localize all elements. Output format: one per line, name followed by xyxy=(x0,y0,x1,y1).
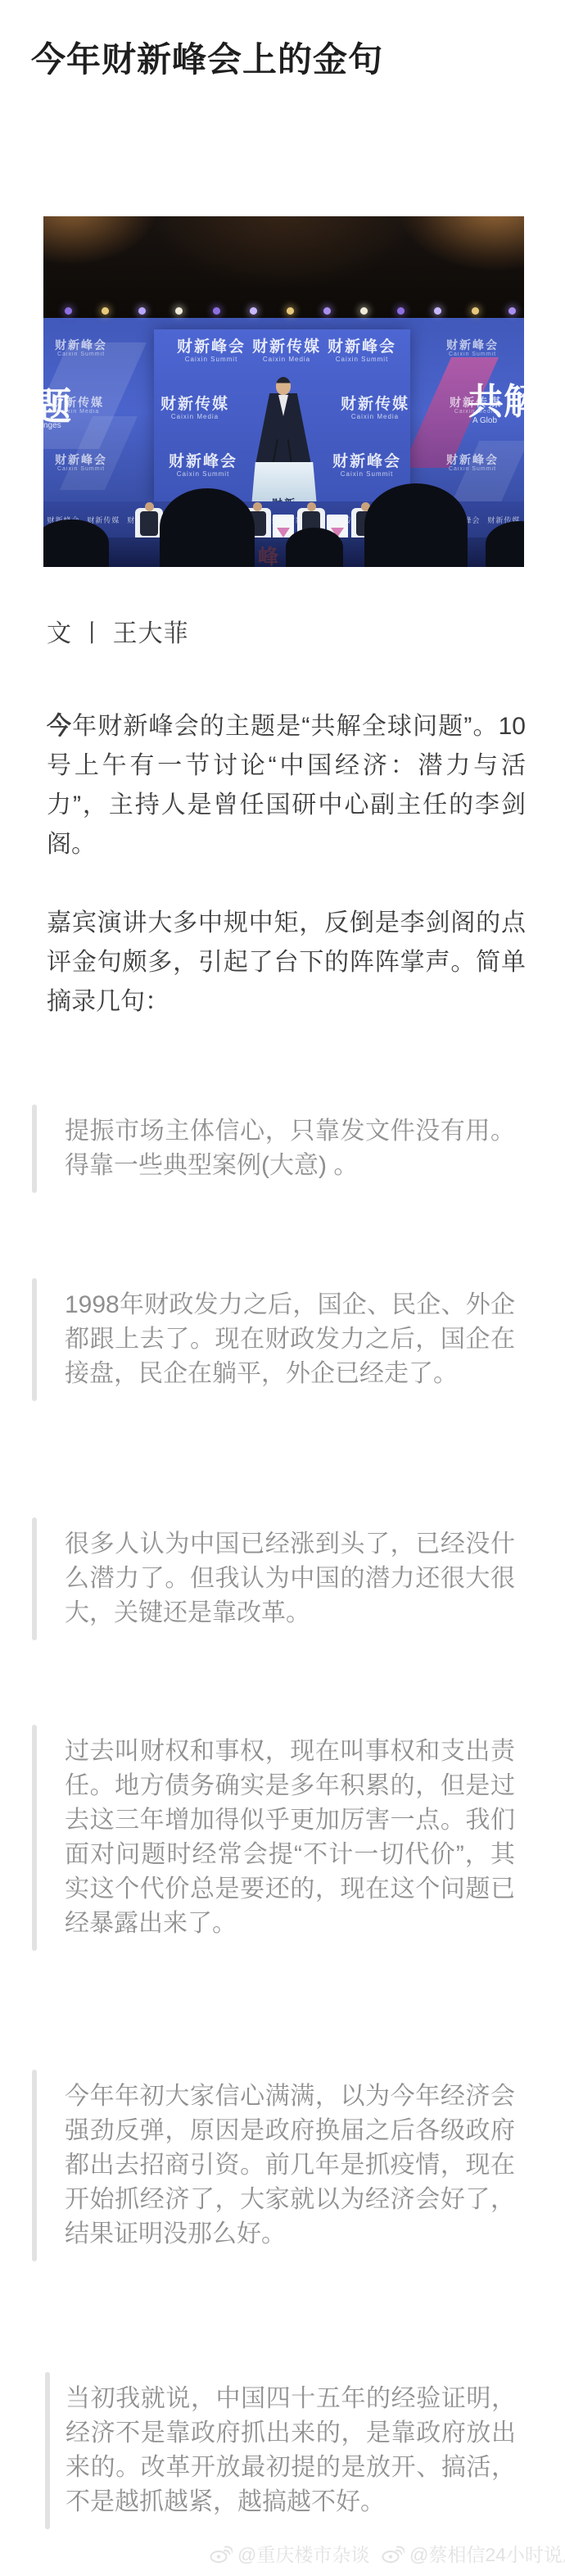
logo-en: Caixin Summit xyxy=(169,471,237,478)
logo-en: Caixin Media xyxy=(341,414,409,421)
logo-cn: 财新传媒 xyxy=(341,397,409,414)
watermark-weibo-left: @重庆楼市杂谈 xyxy=(210,2540,369,2567)
backdrop-right-megatext-en: A Glob xyxy=(472,416,497,425)
logo-en: Caixin Summit xyxy=(55,351,107,358)
logo-cn: 财新峰会 xyxy=(177,339,246,356)
caixin-media-logo: 财新传媒Caixin Media xyxy=(52,397,104,415)
page-title: 今年财新峰会上的金句 xyxy=(31,33,383,82)
panelist-head xyxy=(253,502,262,511)
stage-light xyxy=(472,307,479,315)
watermark-row: @重庆楼市杂谈 @蔡相信24小时说房产 xyxy=(0,2540,565,2573)
caixin-summit-logo: 财新峰会Caixin Summit xyxy=(169,454,237,478)
logo-cn: 财新峰会 xyxy=(328,339,396,356)
stage-light xyxy=(434,307,441,315)
logo-en: Caixin Summit xyxy=(328,356,396,364)
paragraph-text: 嘉宾演讲大多中规中矩，反倒是李剑阁的点评金句颇多，引起了台下的阵阵掌声。简单摘录… xyxy=(47,909,526,1015)
caixin-media-logo: 财新传媒Caixin Media xyxy=(341,397,409,421)
logo-en: Caixin Media xyxy=(450,409,502,415)
logo-en: Caixin Media xyxy=(160,414,229,421)
stage-light xyxy=(138,307,146,315)
quote-text: 今年年初大家信心满满，以为今年经济会强劲反弹，原因是政府换届之后各级政府都出去招… xyxy=(65,2070,515,2261)
weibo-icon xyxy=(210,2545,233,2563)
watermark-handle: @蔡相信24小时说房产 xyxy=(409,2540,565,2567)
logo-en: Caixin Media xyxy=(52,409,104,415)
quote-bar xyxy=(32,1278,37,1401)
stage-light xyxy=(250,307,257,315)
quote-bar xyxy=(45,2372,50,2529)
caixin-summit-logo: 财新峰会Caixin Summit xyxy=(177,339,246,364)
quote-bar xyxy=(32,2070,37,2261)
paragraph-text: 年财新峰会的主题是“共解全球问题”。10号上午有一节讨论“中国经济：潜力与活力”… xyxy=(47,713,526,858)
caixin-summit-logo: 财新峰会Caixin Summit xyxy=(55,339,107,358)
caixin-summit-logo: 财新峰会Caixin Summit xyxy=(332,454,401,478)
quote-bar xyxy=(32,1104,37,1193)
logo-cn: 财新传媒 xyxy=(52,397,104,409)
logo-cn: 财新峰会 xyxy=(332,454,401,471)
logo-en: Caixin Summit xyxy=(55,466,107,473)
audience-silhouette xyxy=(364,483,468,567)
article-page: 今年财新峰会上的金句 题 nges 共解 A Glob 财新峰会Caixin S… xyxy=(0,0,565,2576)
byline: 文 丨 王大菲 xyxy=(47,613,189,649)
table-chevron-decoration xyxy=(277,528,290,537)
audience-silhouette xyxy=(160,488,255,567)
speaker-head xyxy=(276,377,291,395)
audience-silhouette xyxy=(43,519,109,567)
stage-light xyxy=(360,307,368,315)
quote-block: 1998年财政发力之后，国企、民企、外企都跟上去了。现在财政发力之后，国企在接盘… xyxy=(32,1278,522,1401)
panelist-head xyxy=(307,502,316,511)
logo-cn: 财新峰会 xyxy=(55,454,107,466)
logo-cn: 财新传媒 xyxy=(450,397,502,409)
logo-cn: 财新传媒 xyxy=(160,397,229,414)
logo-en: Caixin Media xyxy=(252,356,321,364)
stage-lights-row xyxy=(43,302,524,320)
backdrop-left-megatext-en: nges xyxy=(43,421,61,430)
logo-cn: 财新峰会 xyxy=(446,339,499,351)
quote-bar xyxy=(32,1517,37,1640)
caixin-summit-logo: 财新峰会Caixin Summit xyxy=(328,339,396,364)
caixin-summit-logo: 财新峰会Caixin Summit xyxy=(446,339,499,358)
weibo-icon xyxy=(382,2545,405,2563)
logo-cn: 财新峰会 xyxy=(55,339,107,351)
logo-cn: 财新传媒 xyxy=(252,339,321,356)
quote-text: 提振市场主体信心，只靠发文件没有用。得靠一些典型案例(大意) 。 xyxy=(65,1104,515,1193)
logo-en: Caixin Summit xyxy=(446,466,499,473)
logo-en: Caixin Summit xyxy=(332,471,401,478)
quote-block: 提振市场主体信心，只靠发文件没有用。得靠一些典型案例(大意) 。 xyxy=(32,1104,522,1193)
quote-text: 当初我就说，中国四十五年的经验证明，经济不是靠政府抓出来的，是靠政府放出来的。改… xyxy=(66,2372,516,2529)
summit-photo[interactable]: 题 nges 共解 A Glob 财新峰会Caixin Summit财新传媒Ca… xyxy=(43,216,524,567)
caixin-summit-logo: 财新峰会Caixin Summit xyxy=(55,454,107,473)
stage-light xyxy=(213,307,220,315)
quote-text: 1998年财政发力之后，国企、民企、外企都跟上去了。现在财政发力之后，国企在接盘… xyxy=(65,1278,515,1401)
stage-light xyxy=(323,307,331,315)
caixin-summit-logo: 财新峰会Caixin Summit xyxy=(446,454,499,473)
caixin-media-logo: 财新传媒Caixin Media xyxy=(252,339,321,364)
stage-light xyxy=(65,307,72,315)
quote-text: 过去叫财权和事权，现在叫事权和支出责任。地方债务确实是多年积累的，但是过去这三年… xyxy=(65,1725,515,1951)
quote-block: 当初我就说，中国四十五年的经验证明，经济不是靠政府抓出来的，是靠政府放出来的。改… xyxy=(45,2372,522,2529)
stage-light xyxy=(508,307,516,315)
logo-en: Caixin Summit xyxy=(446,351,499,358)
stage-light xyxy=(287,307,294,315)
quote-block: 今年年初大家信心满满，以为今年经济会强劲反弹，原因是政府换届之后各级政府都出去招… xyxy=(32,2070,522,2261)
caixin-media-logo: 财新传媒Caixin Media xyxy=(450,397,502,415)
audience-silhouette xyxy=(286,528,343,567)
logo-en: Caixin Summit xyxy=(177,356,246,364)
logo-cn: 财新峰会 xyxy=(446,454,499,466)
quote-block: 很多人认为中国已经涨到头了，已经没什么潜力了。但我认为中国的潜力还很大很大，关键… xyxy=(32,1517,522,1640)
watermark-weibo-right: @蔡相信24小时说房产 xyxy=(382,2540,565,2567)
paragraph-lead: 今 xyxy=(47,713,72,740)
photo-backdrop: 题 nges 共解 A Glob 财新峰会Caixin Summit财新传媒Ca… xyxy=(43,318,524,567)
panelist-silhouette xyxy=(140,511,158,536)
watermark-handle: @重庆楼市杂谈 xyxy=(237,2540,369,2567)
stage-light xyxy=(397,307,405,315)
quote-block: 过去叫财权和事权，现在叫事权和支出责任。地方债务确实是多年积累的，但是过去这三年… xyxy=(32,1725,522,1951)
logo-cn: 财新峰会 xyxy=(169,454,237,471)
paragraph: 今年财新峰会的主题是“共解全球问题”。10号上午有一节讨论“中国经济：潜力与活力… xyxy=(47,707,526,864)
stage-light xyxy=(102,307,109,315)
stage-light xyxy=(175,307,183,315)
quote-bar xyxy=(32,1725,37,1951)
paragraph: 嘉宾演讲大多中规中矩，反倒是李剑阁的点评金句颇多，引起了台下的阵阵掌声。简单摘录… xyxy=(47,904,526,1022)
quote-text: 很多人认为中国已经涨到头了，已经没什么潜力了。但我认为中国的潜力还很大很大，关键… xyxy=(65,1517,515,1640)
caixin-media-logo: 财新传媒Caixin Media xyxy=(160,397,229,421)
panelist-head xyxy=(145,502,154,511)
